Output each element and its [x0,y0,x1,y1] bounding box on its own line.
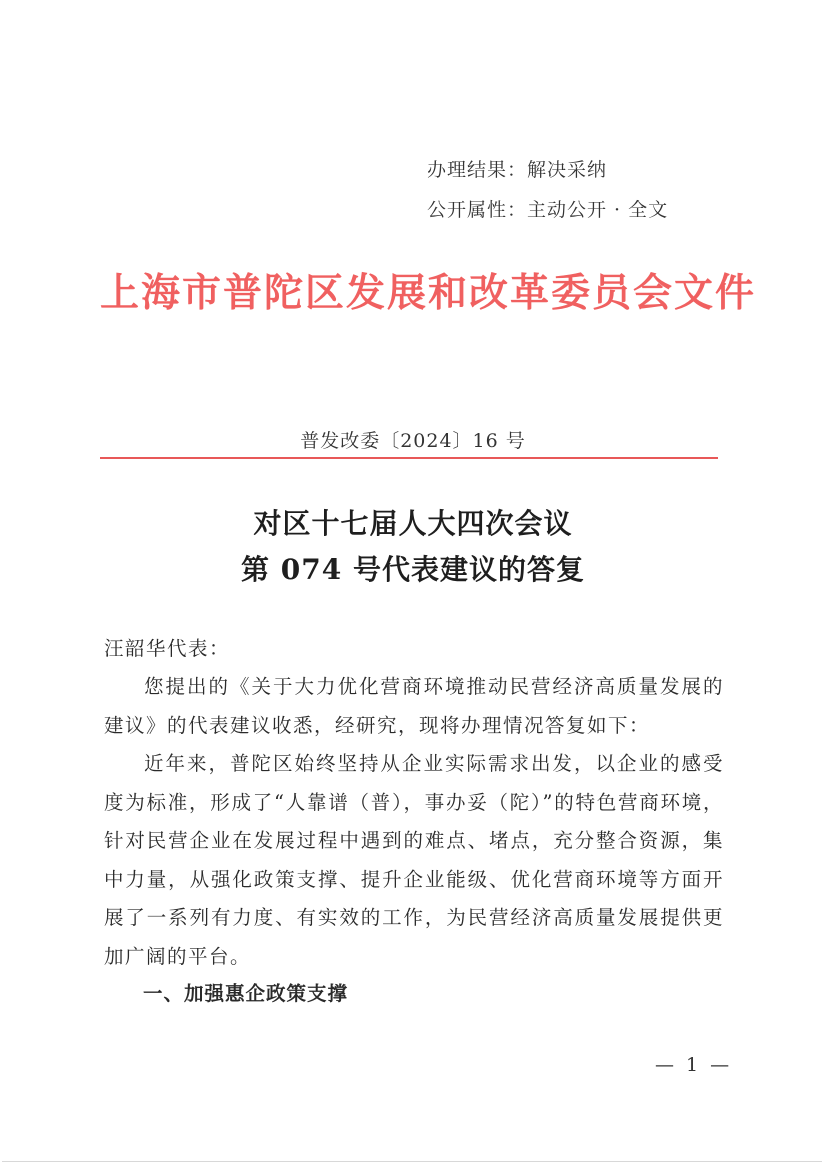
disclosure-attribute: 公开属性：主动公开 · 全文 [427,195,668,222]
paragraph-1: 您提出的《关于大力优化营商环境推动民营经济高质量发展的建议》的代表建议收悉，经研… [104,668,724,745]
processing-result-value: 解决采纳 [527,159,607,181]
paragraph-2: 近年来，普陀区始终坚持从企业实际需求出发，以企业的感受度为标准，形成了“人靠谱（… [104,745,724,976]
processing-result: 办理结果：解决采纳 [427,155,607,182]
disclosure-label: 公开属性： [427,199,527,221]
disclosure-value: 主动公开 · 全文 [527,199,668,221]
letterhead-organization: 上海市普陀区发展和改革委员会文件 [100,262,725,318]
processing-result-label: 办理结果： [427,159,527,181]
letterhead-divider [100,457,718,459]
document-number: 普发改委〔2024〕16 号 [0,426,826,453]
document-page: 办理结果：解决采纳 公开属性：主动公开 · 全文 上海市普陀区发展和改革委员会文… [0,0,826,1169]
page-bottom-edge [2,1161,822,1162]
page-number: — 1 — [655,1054,732,1076]
document-title-line-1: 对区十七届人大四次会议 [0,502,826,542]
document-title-line-2: 第 074 号代表建议的答复 [0,548,826,588]
salutation: 汪韶华代表： [104,630,724,669]
section-heading-1: 一、加强惠企政策支撑 [143,978,348,1006]
